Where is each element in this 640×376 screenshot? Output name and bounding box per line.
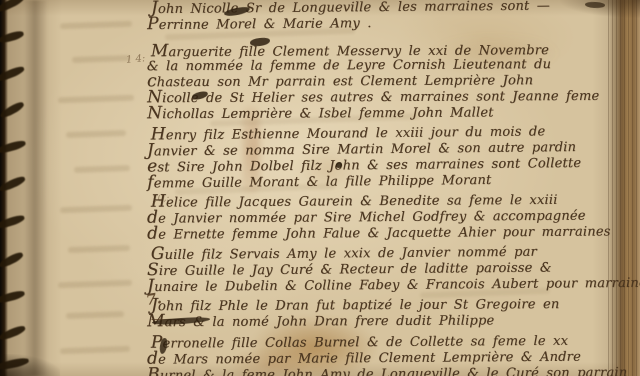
baptism-entry: Helice fille Jacques Gaurein & Benedite … (147, 191, 625, 242)
bleedthrough-mark (74, 165, 130, 173)
bleedthrough-mark (66, 130, 126, 138)
bleedthrough-mark (72, 55, 130, 63)
bleedthrough-mark (66, 311, 124, 319)
bleedthrough-mark (60, 21, 132, 30)
manuscript-line: Nicolle de St Helier ses autres & marrai… (147, 88, 625, 107)
manuscript-line: Junaire le Dubelin & Colline Fabey & Fra… (147, 275, 625, 295)
bleedthrough-mark (60, 205, 132, 214)
page-corner-shadow (0, 354, 60, 376)
baptism-entry: John Nicolle Sr de Longueville & les mar… (147, 0, 625, 33)
bleedthrough-mark (60, 346, 130, 354)
bleedthrough-mark (58, 95, 134, 104)
margin-note: 1 4: (126, 53, 146, 66)
manuscript-line: John filz Phle le Dran fut baptizé le jo… (151, 296, 625, 314)
manuscript-page: 1 4: 10,:. 7. — John Nicolle Sr de Longu… (0, 0, 640, 376)
manuscript-line: de Ernette femme John Falue & Jacquette … (147, 223, 625, 242)
baptism-entry: Henry filz Esthienne Mourand le xxiii jo… (147, 122, 626, 191)
baptism-entry: Marguerite fille Clement Messervy le xxi… (147, 42, 625, 123)
baptism-entry: Perronelle fille Collas Burnel & de Coll… (147, 332, 625, 376)
baptism-entry: John filz Phle le Dran fut baptizé le jo… (147, 296, 625, 331)
bleedthrough-mark (68, 245, 130, 253)
baptism-entry: Guille filz Servais Amy le xxix de Janvi… (147, 243, 625, 295)
bleedthrough-mark (58, 280, 132, 289)
manuscript-line: Mars & la nomé John Dran frere dudit Phi… (147, 312, 625, 331)
manuscript-line: Perrinne Morel & Marie Amy . (147, 13, 625, 33)
page-gutter-shadow (24, 0, 48, 376)
manuscript-line: Nichollas Lemprière & Isbel femme John M… (147, 104, 625, 123)
